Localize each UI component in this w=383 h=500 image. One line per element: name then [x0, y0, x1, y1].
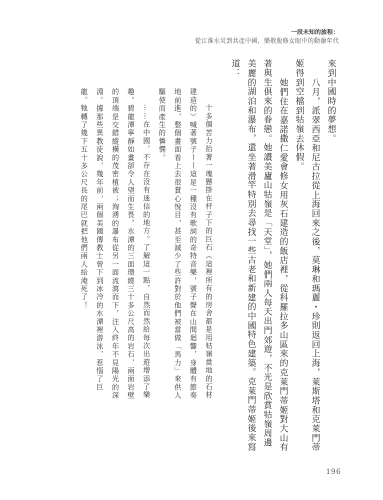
quote-column: 龍。牠轉了幾下五十多公尺長的尾巴就把他們兩人給淹死了！ [76, 88, 92, 408]
quote-column: 趣。碧龍潭寧靜如畫卻令人望而生畏。水潭的三面環繞三十多公尺高的岩石，兩面岩壁 [122, 88, 138, 408]
page-number: 196 [326, 468, 341, 476]
text-column: 來到中國時的夢想。 [323, 59, 339, 459]
text-column: 八月，派翠西亞和尼古拉從上海回來之後，莫琳和瑪麗・珍則返回上海，萊斯塔和克萊門蒂 [307, 59, 323, 459]
book-title: 一段未知的旅程： [195, 29, 339, 37]
quote-column: 的頂端是交錯縱橫的茂密植被；洶湧的瀑布從另一面流瀉而下，注入終年不見陽光的深 [107, 88, 123, 408]
book-page: 一段未知的旅程： 從江淮水災到共產中國，樂敬脫修女眼中的動盪年代 來到中國時的夢… [0, 0, 383, 500]
text-column: 她們住在嘉諾撒仁愛會修女用灰石建造的飯店裡，從科羅拉多山區來的克萊門蒂姬對大山有 [275, 59, 291, 459]
text-column: 著與生俱來的眷戀。她讚美廬山牯嶺是「天堂」，她們兩人每天出門郊遊，不光是欣賞牯嶺… [259, 59, 275, 459]
quote-column: 驅使而產生的憐憫。 [154, 88, 170, 408]
main-text-block: 來到中國時的夢想。 八月，派翠西亞和尼古拉從上海回來之後，莫琳和瑪麗・珍則返回上… [227, 59, 339, 459]
running-header: 一段未知的旅程： 從江淮水災到共產中國，樂敬脫修女眼中的動盪年代 [195, 29, 339, 46]
quote-column: 建造的）喊著號子——這是一種沒有歌詞的奇特音樂，號子聲在山間迴響，身體有節奏 [185, 88, 201, 408]
text-column: 道： [227, 59, 243, 459]
text-column: 姬得到空檔到牯嶺去休假。 [291, 59, 307, 459]
quote-column: ……在中國，不存在沒有迷信的地方。了解這一點，自然而然給每次出遊增添了樂 [138, 88, 154, 408]
text-column: 美麗的湖泊和瀑布，還坐著滑竿特別去尋找一些古老和新建的中國特色建築。克萊門蒂姬後… [243, 59, 259, 459]
quote-column: 淵。據那些異教徒說，幾年前，兩個美國傳教士曾下到冰冷的水潭裡游泳，惹惱了巨 [91, 88, 107, 408]
book-subtitle: 從江淮水災到共產中國，樂敬脫修女眼中的動盪年代 [195, 37, 339, 46]
block-quote: 十多個苦力抬著一塊懸掛在杆子下的巨石（這裡所有的房舍都是用牯嶺當地的石材 建造的… [76, 88, 216, 408]
quote-column: 地前進，整個畫面看上去很賞心悅目，甚至減少了些許對於他們被當做「馬力」來供人 [169, 88, 185, 408]
quote-column: 十多個苦力抬著一塊懸掛在杆子下的巨石（這裡所有的房舍都是用牯嶺當地的石材 [200, 88, 216, 408]
